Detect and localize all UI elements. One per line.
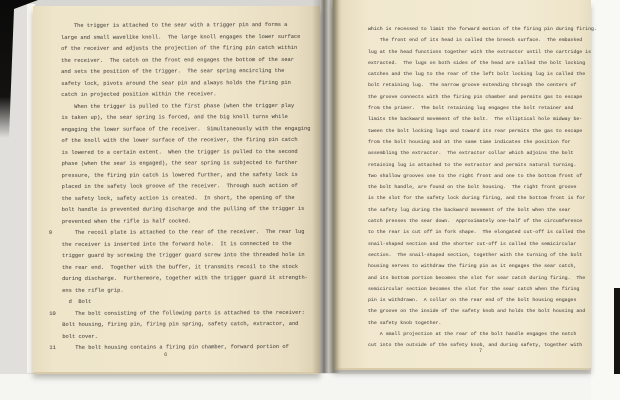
text-line: housing serves to withdraw the firing pi… <box>368 261 597 272</box>
scan-background-bottom <box>0 374 620 400</box>
book-scan: The trigger is attached to the sear with… <box>0 0 620 400</box>
text-line: Two shallow grooves one to the right fro… <box>368 171 597 182</box>
right-page: which is recessed to limit the forward m… <box>333 0 591 368</box>
text-line: The trigger is attached to the sear with… <box>48 20 310 33</box>
text-line: 9 The recoil plate is attached to the re… <box>49 227 311 240</box>
text-line: of the knoll with the lower surface of t… <box>49 135 311 148</box>
text-line: extracted. The lugs on both sides of the… <box>368 58 597 69</box>
text-line: which is recessed to limit the forward m… <box>368 24 597 35</box>
text-line: bolt handle is prevented during discharg… <box>49 204 311 217</box>
text-line: cut into the outside of the safety knob,… <box>368 340 597 351</box>
text-line: the groove on the inside of the safety k… <box>368 306 597 317</box>
text-line: 11 The bolt housing contains a firing pi… <box>49 342 311 355</box>
text-line: the safety lug during the backward movem… <box>368 205 597 216</box>
text-line: The front end of its head is called the … <box>368 35 597 46</box>
left-page-text: The trigger is attached to the sear with… <box>48 20 311 355</box>
text-line: placed in the safety lock groove of the … <box>49 181 311 194</box>
text-line: to the rear is cut off in fork shape. Th… <box>368 227 597 238</box>
text-line: bolt retaining lug. The narrow groove ex… <box>368 80 597 91</box>
text-line: phase (when the sear is engaged), the se… <box>49 158 311 171</box>
text-line: retaining lug is attached to the extract… <box>368 160 597 171</box>
text-line: safety lock, pivots around the sear pin … <box>48 77 310 90</box>
text-line: lug at the head functions together with … <box>368 47 597 58</box>
left-page: The trigger is attached to the sear with… <box>33 6 320 372</box>
text-line: A small projection at the rear of the bo… <box>368 329 597 340</box>
text-line: snail-shaped section and the shorter cut… <box>368 239 597 250</box>
left-page-number: 6 <box>164 351 167 358</box>
text-line: pin is withdrawn. A collar on the rear e… <box>368 295 597 306</box>
text-line: is the slot for the safety lock during f… <box>368 193 597 204</box>
text-line: the safety knob together. <box>368 318 597 329</box>
text-line: of the receiver and adjusts the projecti… <box>48 43 310 56</box>
text-line: the bolt handle, are found on the bolt h… <box>368 182 597 193</box>
text-line: tween the bolt locking lugs and toward i… <box>368 126 597 137</box>
text-line: catch presses the sear down. Approximate… <box>368 216 597 227</box>
text-line: limits the backward movement of the bolt… <box>368 114 597 125</box>
text-line: and its bottom portion becomes the slot … <box>368 273 597 284</box>
scan-edge-mark <box>614 288 620 374</box>
right-page-number: 7 <box>479 348 482 354</box>
text-line: during discharge. Furthermore, together … <box>49 273 311 286</box>
text-line: from the bolt housing and at the same ti… <box>368 137 597 148</box>
text-line: and sets the position of the trigger. Th… <box>48 66 310 79</box>
text-line: the groove connects with the firing pin … <box>368 92 597 103</box>
text-line: is taken up), the sear spring is forced,… <box>48 112 310 125</box>
text-line: trigger guard by screwing the trigger gu… <box>49 250 311 263</box>
text-line: from the primer. The bolt retaining lug … <box>368 103 597 114</box>
text-line: Bolt housing, firing pin, firing pin spr… <box>49 319 311 332</box>
text-line: assembling the extractor. The extractor … <box>368 148 597 159</box>
text-line: catches and the lug to the rear of the l… <box>368 69 597 80</box>
right-page-text: which is recessed to limit the forward m… <box>368 24 597 352</box>
text-line: semicircular section becomes the slot fo… <box>368 284 597 295</box>
text-line: section. The snail-shaped section, toget… <box>368 250 597 261</box>
